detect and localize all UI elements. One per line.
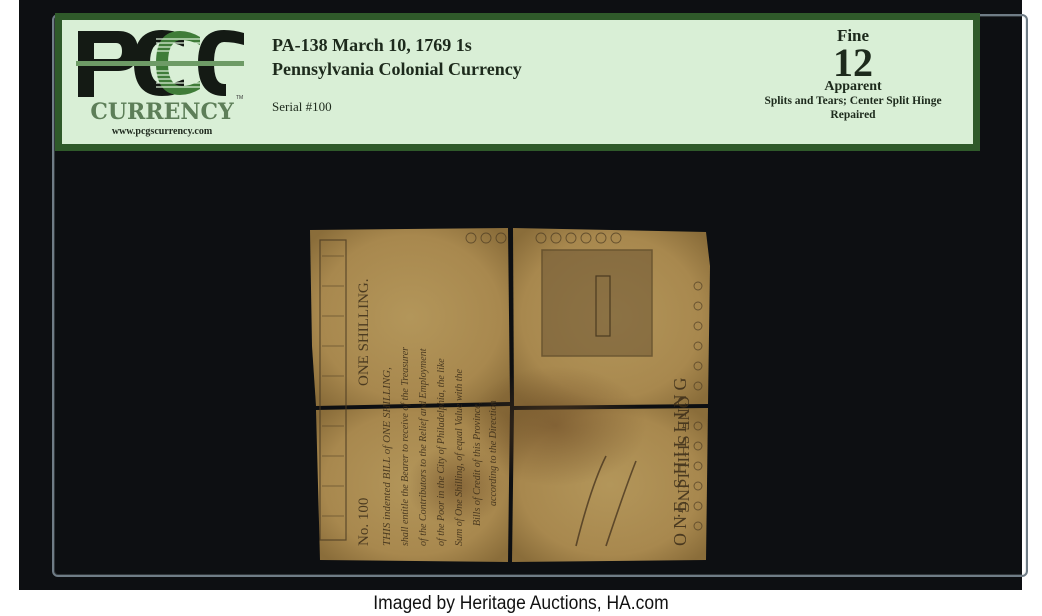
svg-text:shall entitle the Bearer to re: shall entitle the Bearer to receive of t… [400,347,411,546]
title-line: Pennsylvania Colonial Currency [272,57,522,81]
grade-notes-2: Repaired [733,108,973,122]
pcgs-label: TM CURRENCY www.pcgscurrency.com PA-138 … [55,13,980,151]
note-description: PA-138 March 10, 1769 1s Pennsylvania Co… [272,33,522,115]
catalog-line: PA-138 March 10, 1769 1s [272,33,522,57]
pcgs-logo: TM CURRENCY www.pcgscurrency.com [70,23,250,141]
pcgs-url: www.pcgscurrency.com [70,126,254,137]
grade-number: 12 [733,47,973,79]
grade-notes-1: Splits and Tears; Center Split Hinge [733,94,973,108]
note-denomination-left: ONE SHILLING. [356,279,372,386]
svg-text:THIS indented BILL of ONE SHIL: THIS indented BILL of ONE SHILLING, [381,367,393,546]
serial-number: Serial #100 [272,99,522,115]
grade-block: Fine 12 Apparent Splits and Tears; Cente… [733,26,973,122]
banknote-image: No. 100 ONE SHILLING. THIS indented BILL… [306,226,716,566]
svg-text:according to the Direction: according to the Direction [488,400,499,506]
label-panel: TM CURRENCY www.pcgscurrency.com PA-138 … [62,20,973,144]
note-denomination-bottom: ONE SHILLING [670,374,690,546]
colonial-banknote: No. 100 ONE SHILLING. THIS indented BILL… [306,226,716,566]
image-credit: Imaged by Heritage Auctions, HA.com [42,591,1001,616]
note-number: No. 100 [356,498,372,546]
svg-text:Bills of Credit of this Provin: Bills of Credit of this Province, [472,402,483,526]
svg-text:of the Contributors to the Rel: of the Contributors to the Relief and Em… [418,348,429,546]
svg-text:of the Poor in the City of Phi: of the Poor in the City of Philadelphia,… [436,358,447,546]
pcgs-logo-icon: TM [76,27,246,99]
logo-currency-text: CURRENCY [74,99,250,125]
grade-qualifier: Apparent [733,79,973,94]
svg-text:Sum of One Shilling, of equal: Sum of One Shilling, of equal Value with… [454,369,465,546]
